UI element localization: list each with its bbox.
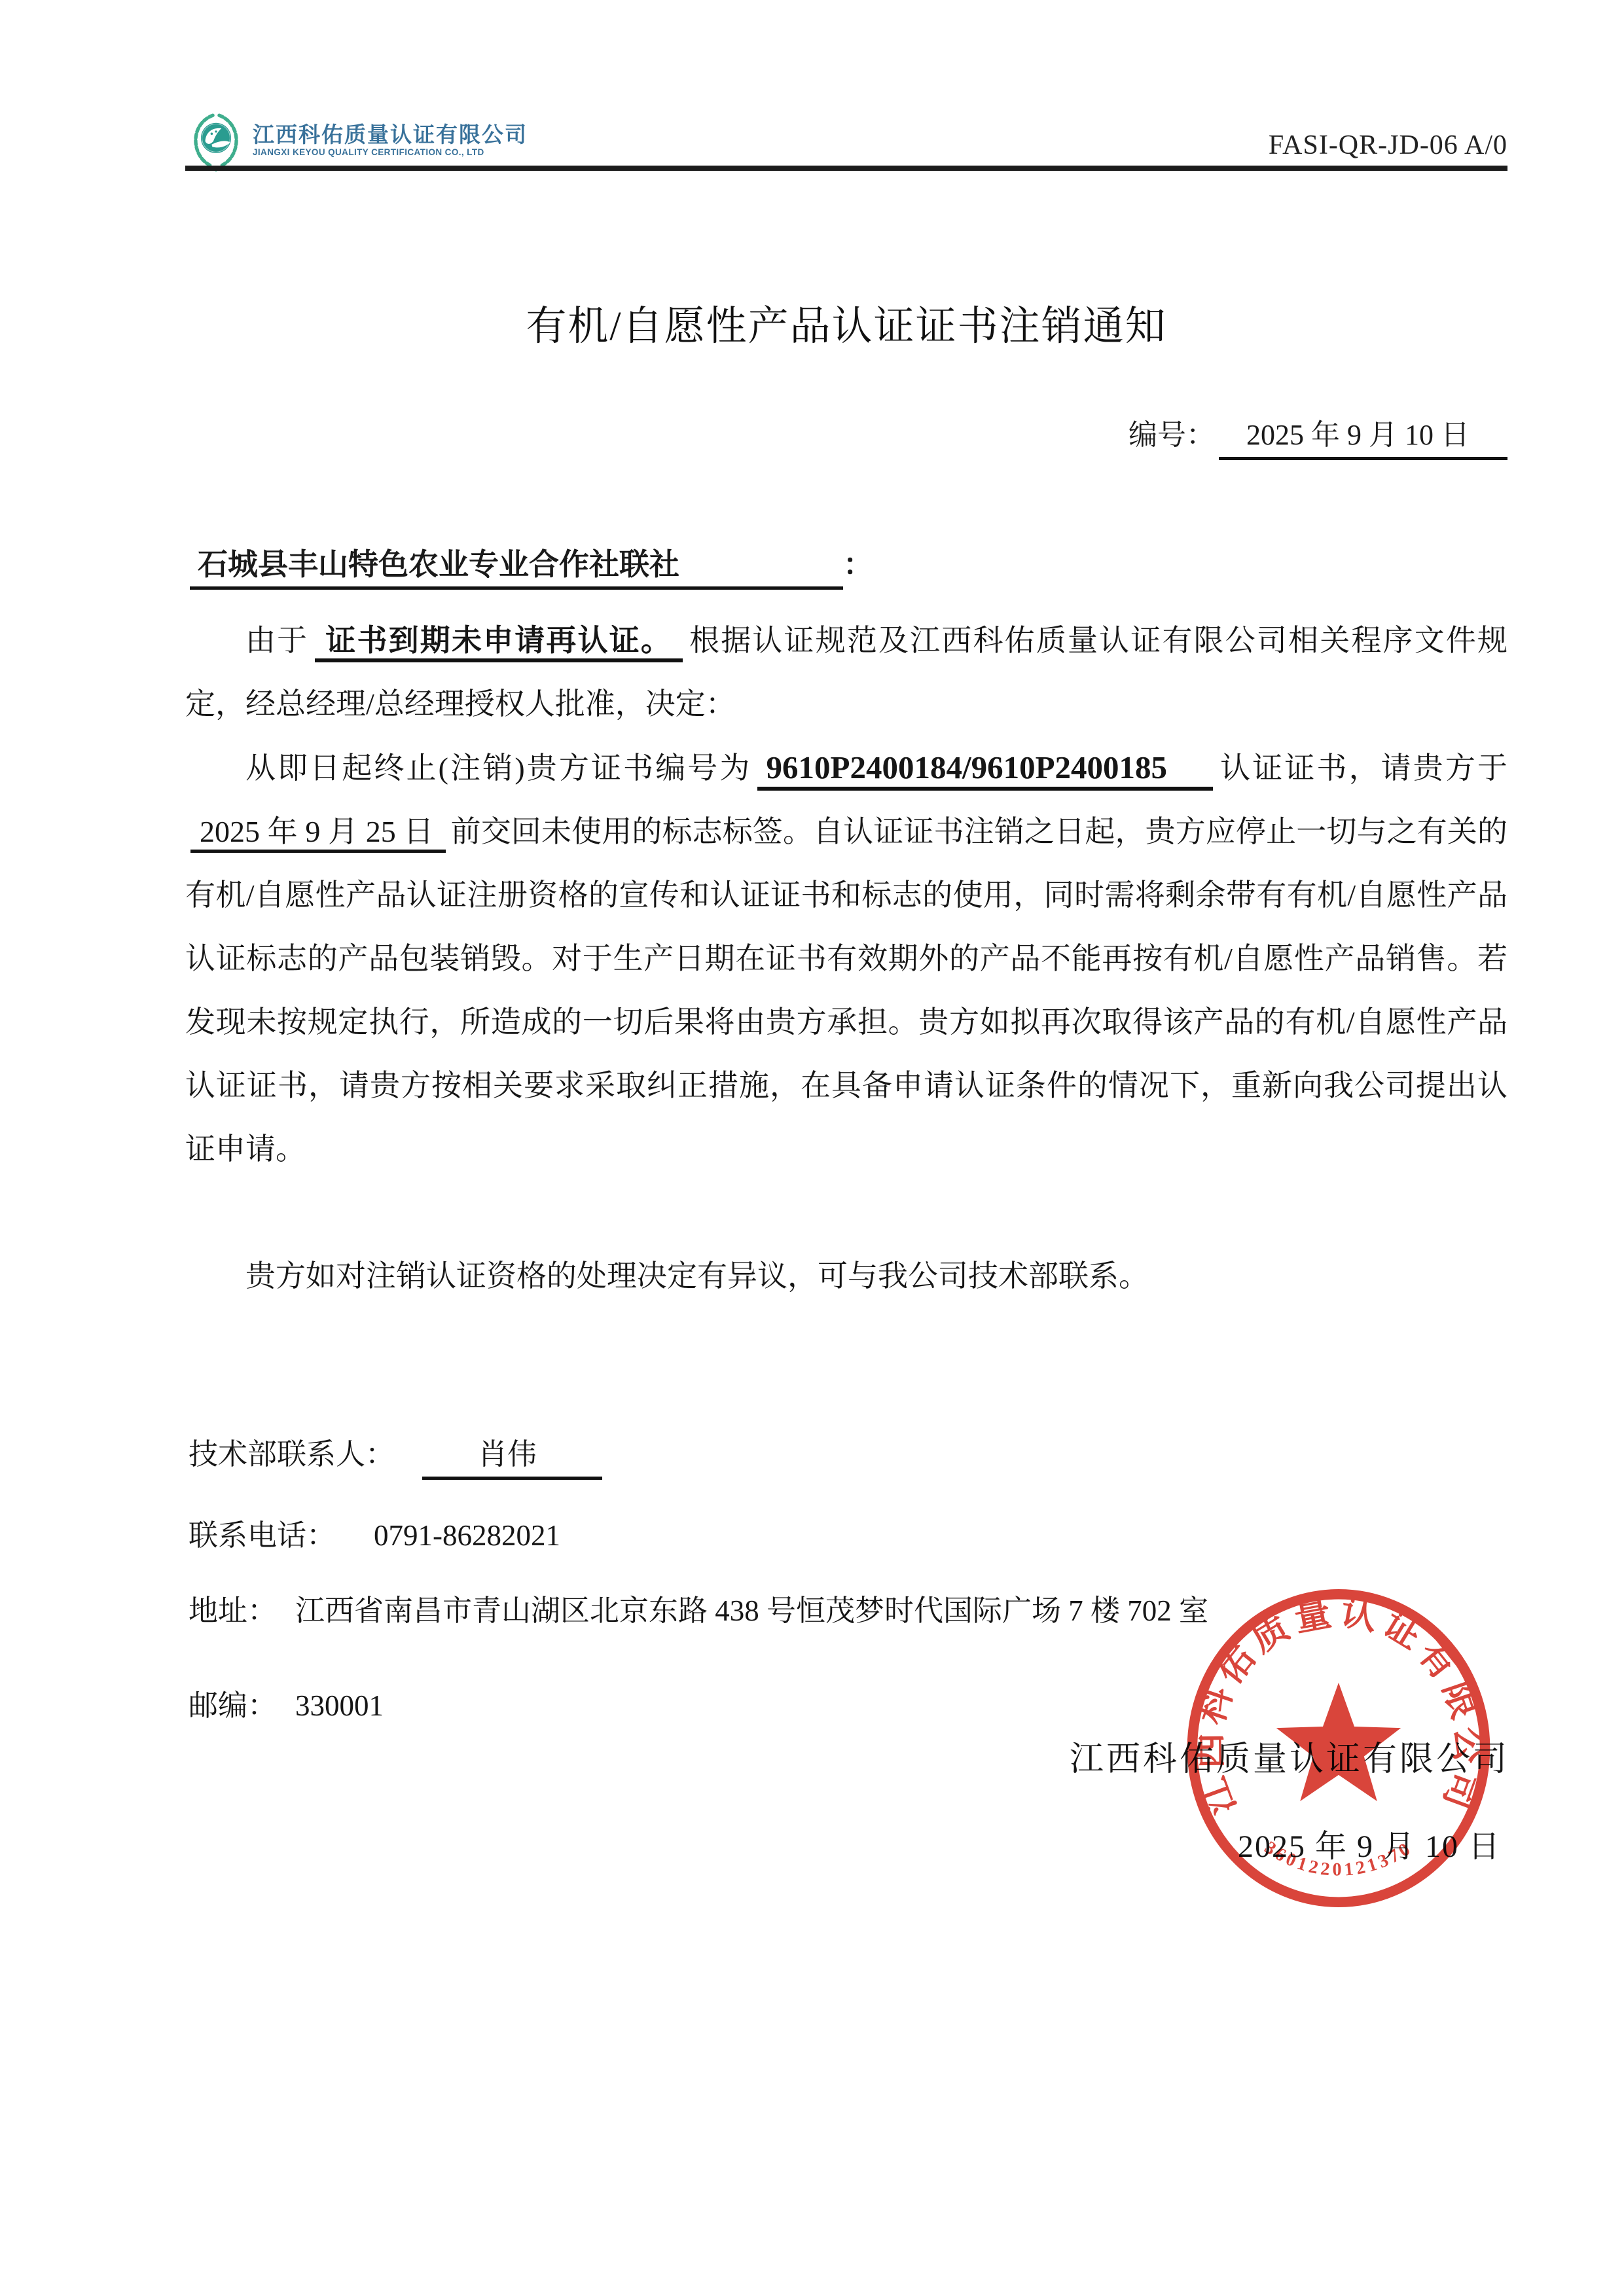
cancellation-reason: 证书到期未申请再认证。 (315, 624, 683, 662)
seal-number: 3601220121370 (1261, 1837, 1416, 1880)
logo-company-name-en: JIANGXI KEYOU QUALITY CERTIFICATION CO.,… (253, 147, 528, 158)
contact-person-label: 技术部联系人： (189, 1438, 395, 1471)
company-seal: 江西科佑质量认证有限公司 3601220121370 (1180, 1585, 1498, 1911)
contact-person-name: 肖伟 (422, 1435, 602, 1480)
p1-prefix: 由于 (245, 624, 308, 657)
p2-mid: 认证证书，请贵方于 (1218, 751, 1507, 785)
document-code: FASI-QR-JD-06 A/0 (1269, 130, 1507, 161)
zip-label: 邮编： (189, 1689, 277, 1722)
phone-number: 0791-86282021 (374, 1519, 560, 1552)
paragraph-reason: 由于证书到期未申请再认证。根据认证规范及江西科佑质量认证有限公司相关程序文件规定… (185, 609, 1507, 736)
logo-company-name-cn: 江西科佑质量认证有限公司 (253, 123, 528, 147)
recipient-name: 石城县丰山特色农业专业合作社联社 (190, 541, 843, 590)
contact-person-row: 技术部联系人：肖伟 (189, 1435, 1208, 1480)
number-value: 2025 年 9 月 10 日 (1219, 411, 1507, 460)
paragraph-objection: 贵方如对注销认证资格的处理决定有异议，可与我公司技术部联系。 (185, 1244, 1507, 1308)
page-title: 有机/自愿性产品认证证书注销通知 (185, 293, 1507, 351)
phone-label: 联系电话： (189, 1519, 336, 1552)
number-line: 编号：2025 年 9 月 10 日 (1128, 411, 1507, 460)
return-deadline-date: 2025 年 9 月 25 日 (190, 815, 446, 853)
zip-row: 邮编：330001 (189, 1686, 1208, 1725)
phone-row: 联系电话：0791-86282021 (189, 1516, 1208, 1555)
header-divider (185, 166, 1507, 171)
logo-text: 江西科佑质量认证有限公司 JIANGXI KEYOU QUALITY CERTI… (253, 123, 528, 158)
document-page: 江西科佑质量认证有限公司 JIANGXI KEYOU QUALITY CERTI… (0, 0, 1624, 2296)
recipient-colon: ： (843, 548, 873, 581)
address-row: 地址：江西省南昌市青山湖区北京东路 438 号恒茂梦时代国际广场 7 楼 702… (189, 1591, 1208, 1630)
p2-rest: 前交回未使用的标志标签。自认证证书注销之日起，贵方应停止一切与之有关的有机/自愿… (185, 815, 1507, 1166)
logo-wreath-icon (189, 110, 244, 171)
address-value: 江西省南昌市青山湖区北京东路 438 号恒茂梦时代国际广场 7 楼 702 室 (295, 1594, 1208, 1627)
certificate-number: 9610P2400184/9610P2400185 (757, 749, 1213, 791)
address-label: 地址： (189, 1594, 277, 1627)
recipient-line: 石城县丰山特色农业专业合作社联社： (190, 541, 873, 590)
zip-value: 330001 (295, 1689, 384, 1722)
seal-star-icon (1276, 1683, 1401, 1801)
company-logo: 江西科佑质量认证有限公司 JIANGXI KEYOU QUALITY CERTI… (189, 110, 528, 171)
body-text: 由于证书到期未申请再认证。根据认证规范及江西科佑质量认证有限公司相关程序文件规定… (185, 609, 1507, 1308)
contact-block: 技术部联系人：肖伟 联系电话：0791-86282021 地址：江西省南昌市青山… (189, 1435, 1208, 1725)
number-label: 编号： (1128, 419, 1215, 451)
p2-prefix: 从即日起终止(注销)贵方证书编号为 (245, 751, 752, 785)
paragraph-decision: 从即日起终止(注销)贵方证书编号为9610P2400184/9610P24001… (185, 736, 1507, 1181)
